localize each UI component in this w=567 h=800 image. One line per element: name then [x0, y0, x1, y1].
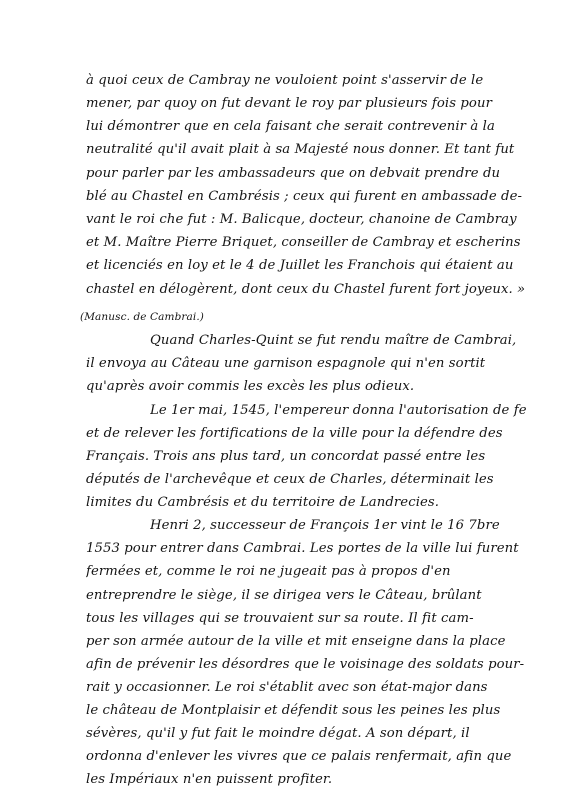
text-line: fermées et, comme le roi ne jugeait pas …	[86, 563, 526, 581]
text-line: et de relever les fortifications de la v…	[86, 425, 526, 443]
text-line: 1553 pour entrer dans Cambrai. Les porte…	[86, 540, 526, 558]
text-line: limites du Cambrésis et du territoire de…	[86, 494, 526, 512]
text-line: ordonna d'enlever les vivres que ce pala…	[86, 748, 526, 766]
text-line: et M. Maître Pierre Briquet, conseiller …	[86, 234, 526, 252]
text-line: sévères, qu'il y fut fait le moindre dég…	[86, 725, 526, 743]
text-line: entreprendre le siège, il se dirigea ver…	[86, 587, 526, 605]
text-line: afin de prévenir les désordres que le vo…	[86, 656, 526, 674]
text-line: chastel en délogèrent, dont ceux du Chas…	[86, 281, 526, 299]
text-line: mener, par quoy on fut devant le roy par…	[86, 95, 526, 113]
text-line: députés de l'archevêque et ceux de Charl…	[86, 471, 526, 489]
source-citation: (Manusc. de Cambrai.)	[80, 308, 520, 326]
text-line: tous les villages qui se trouvaient sur …	[86, 610, 526, 628]
text-line: à quoi ceux de Cambray ne vouloient poin…	[86, 72, 526, 90]
text-line: le château de Montplaisir et défendit so…	[86, 702, 526, 720]
text-line: et licenciés en loy et le 4 de Juillet l…	[86, 257, 526, 275]
text-line: qu'après avoir commis les excès les plus…	[86, 378, 526, 396]
text-line: rait y occasionner. Le roi s'établit ave…	[86, 679, 526, 697]
text-line: per son armée autour de la ville et mit …	[86, 633, 526, 651]
paragraph-start: Quand Charles-Quint se fut rendu maître …	[150, 332, 526, 350]
text-line: neutralité qu'il avait plait à sa Majest…	[86, 141, 526, 159]
text-line: lui démontrer que en cela faisant che se…	[86, 118, 526, 136]
manuscript-page: à quoi ceux de Cambray ne vouloient poin…	[0, 0, 567, 800]
paragraph-start: Le 1er mai, 1545, l'empereur donna l'aut…	[150, 402, 526, 420]
text-line: blé au Chastel en Cambrésis ; ceux qui f…	[86, 188, 526, 206]
text-line: vant le roi che fut : M. Balicque, docte…	[86, 211, 526, 229]
paragraph-start: Henri 2, successeur de François 1er vint…	[150, 517, 526, 535]
text-line: Français. Trois ans plus tard, un concor…	[86, 448, 526, 466]
text-line: il envoya au Câteau une garnison espagno…	[86, 355, 526, 373]
text-line: les Impériaux n'en puissent profiter.	[86, 771, 526, 789]
text-line: pour parler par les ambassadeurs que on …	[86, 165, 526, 183]
